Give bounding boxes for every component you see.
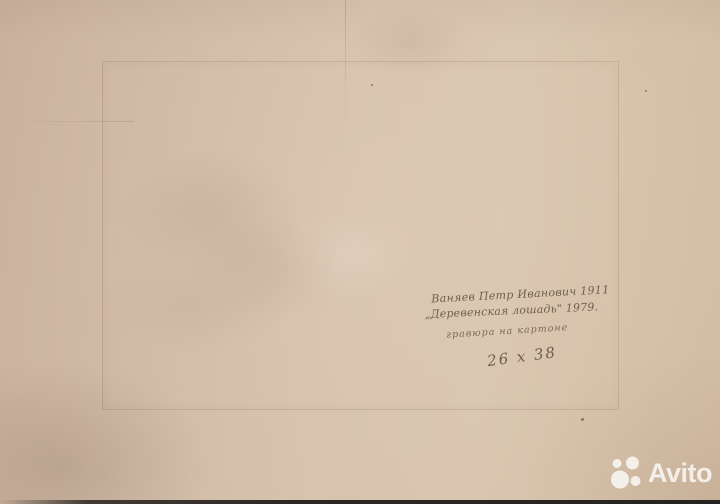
paper-speck	[581, 418, 584, 421]
avito-logo-icon	[609, 455, 645, 491]
paper-crease-horizontal	[0, 121, 134, 122]
inscription-medium: гравюра на картоне	[446, 320, 610, 341]
paper-speck	[371, 84, 373, 86]
avito-watermark-text: Avito	[648, 460, 712, 487]
artwork-back-photo: Ваняев Петр Иванович 1911 „Деревенская л…	[0, 0, 720, 504]
paper-speck	[645, 90, 647, 92]
avito-watermark: Avito	[609, 455, 712, 491]
handwritten-inscription: Ваняев Петр Иванович 1911 „Деревенская л…	[419, 286, 611, 366]
background-surface-edge	[0, 500, 720, 504]
paper-crease-vertical	[345, 0, 346, 128]
